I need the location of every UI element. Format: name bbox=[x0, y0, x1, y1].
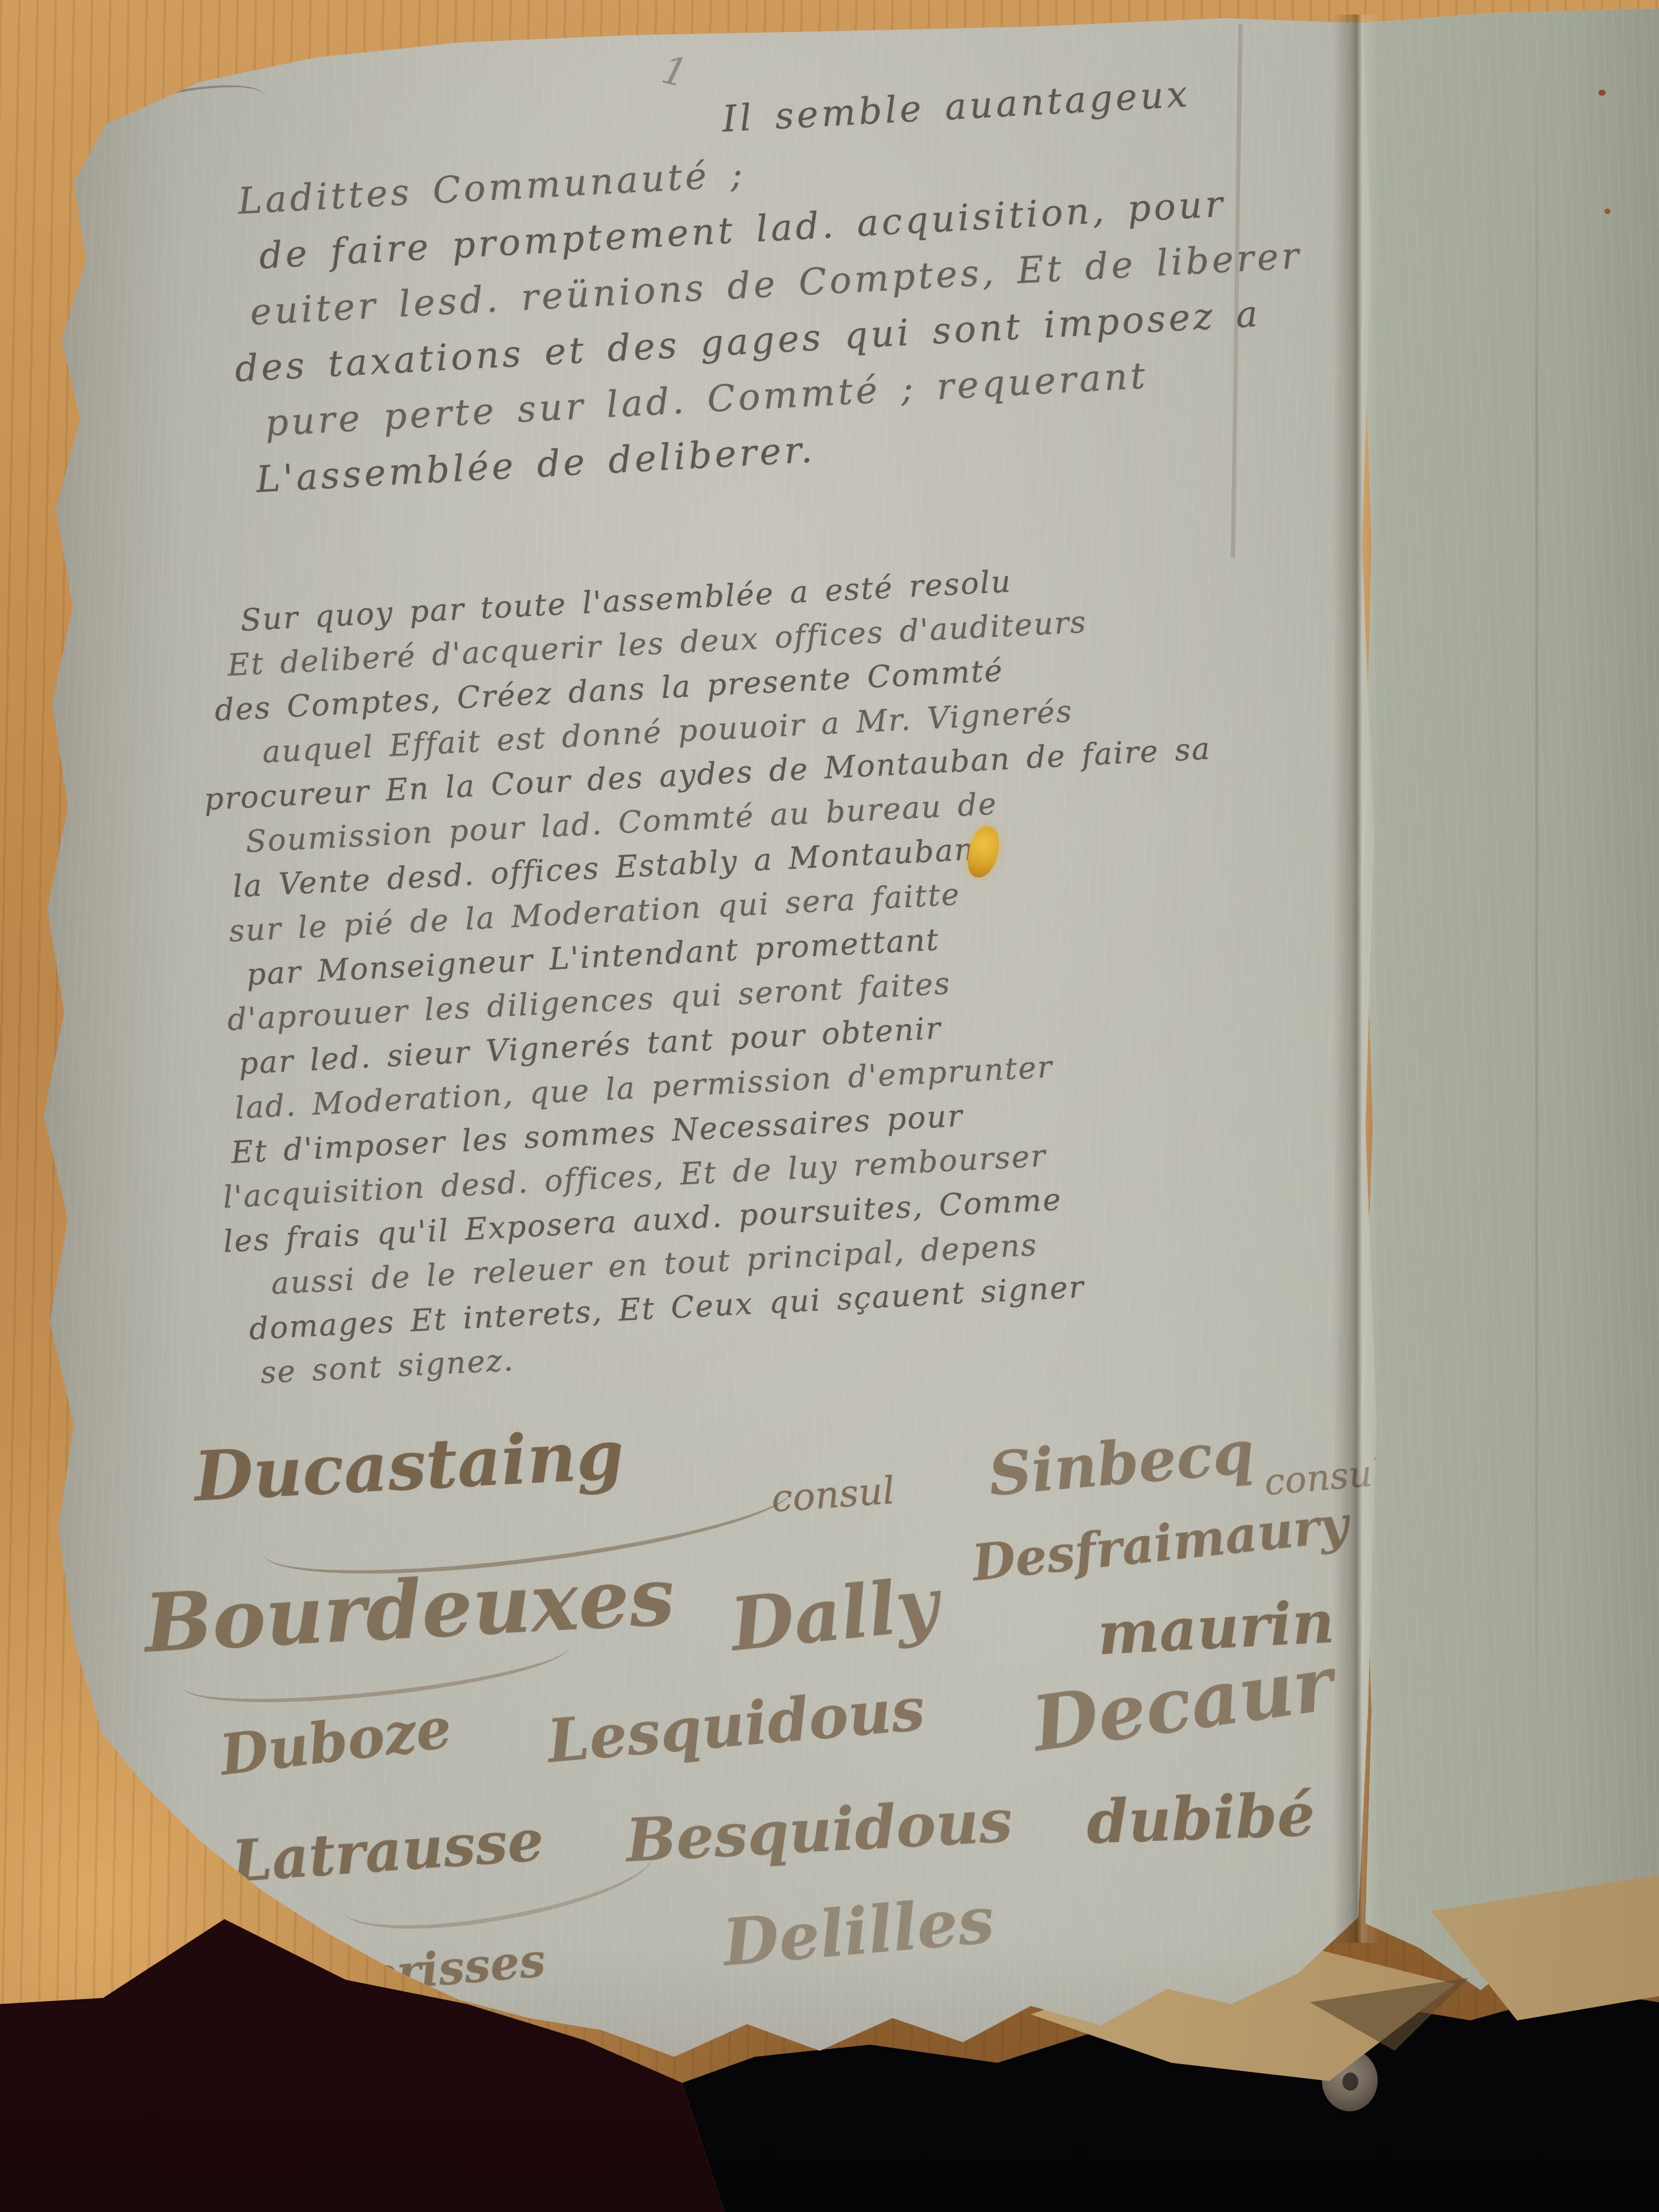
signature: Delilles bbox=[720, 1882, 997, 1981]
photo-scene: 1 Il semble auantageux Ladittes Communau… bbox=[0, 0, 1659, 2212]
rust-speck bbox=[1604, 209, 1610, 214]
gutter-crease-shadow bbox=[1333, 15, 1379, 1943]
signature: Besquidous bbox=[624, 1786, 1014, 1875]
signature: dubibé bbox=[1085, 1780, 1316, 1857]
signature: Dally bbox=[727, 1561, 943, 1667]
folio-mark: 1 bbox=[657, 47, 692, 97]
signature: Desfraimaury bbox=[970, 1495, 1351, 1593]
paragraph-1: Il semble auantageux Ladittes Communauté… bbox=[218, 61, 1312, 509]
signature: Lesquidous bbox=[545, 1674, 927, 1777]
facing-page-crease bbox=[1535, 79, 1538, 1825]
paragraph-2: Sur quoy par toute l'assemblée a esté re… bbox=[182, 550, 1241, 1397]
signature: Sinbecq bbox=[986, 1417, 1257, 1510]
rust-speck bbox=[1598, 90, 1606, 96]
signature: Duboze bbox=[216, 1695, 455, 1788]
